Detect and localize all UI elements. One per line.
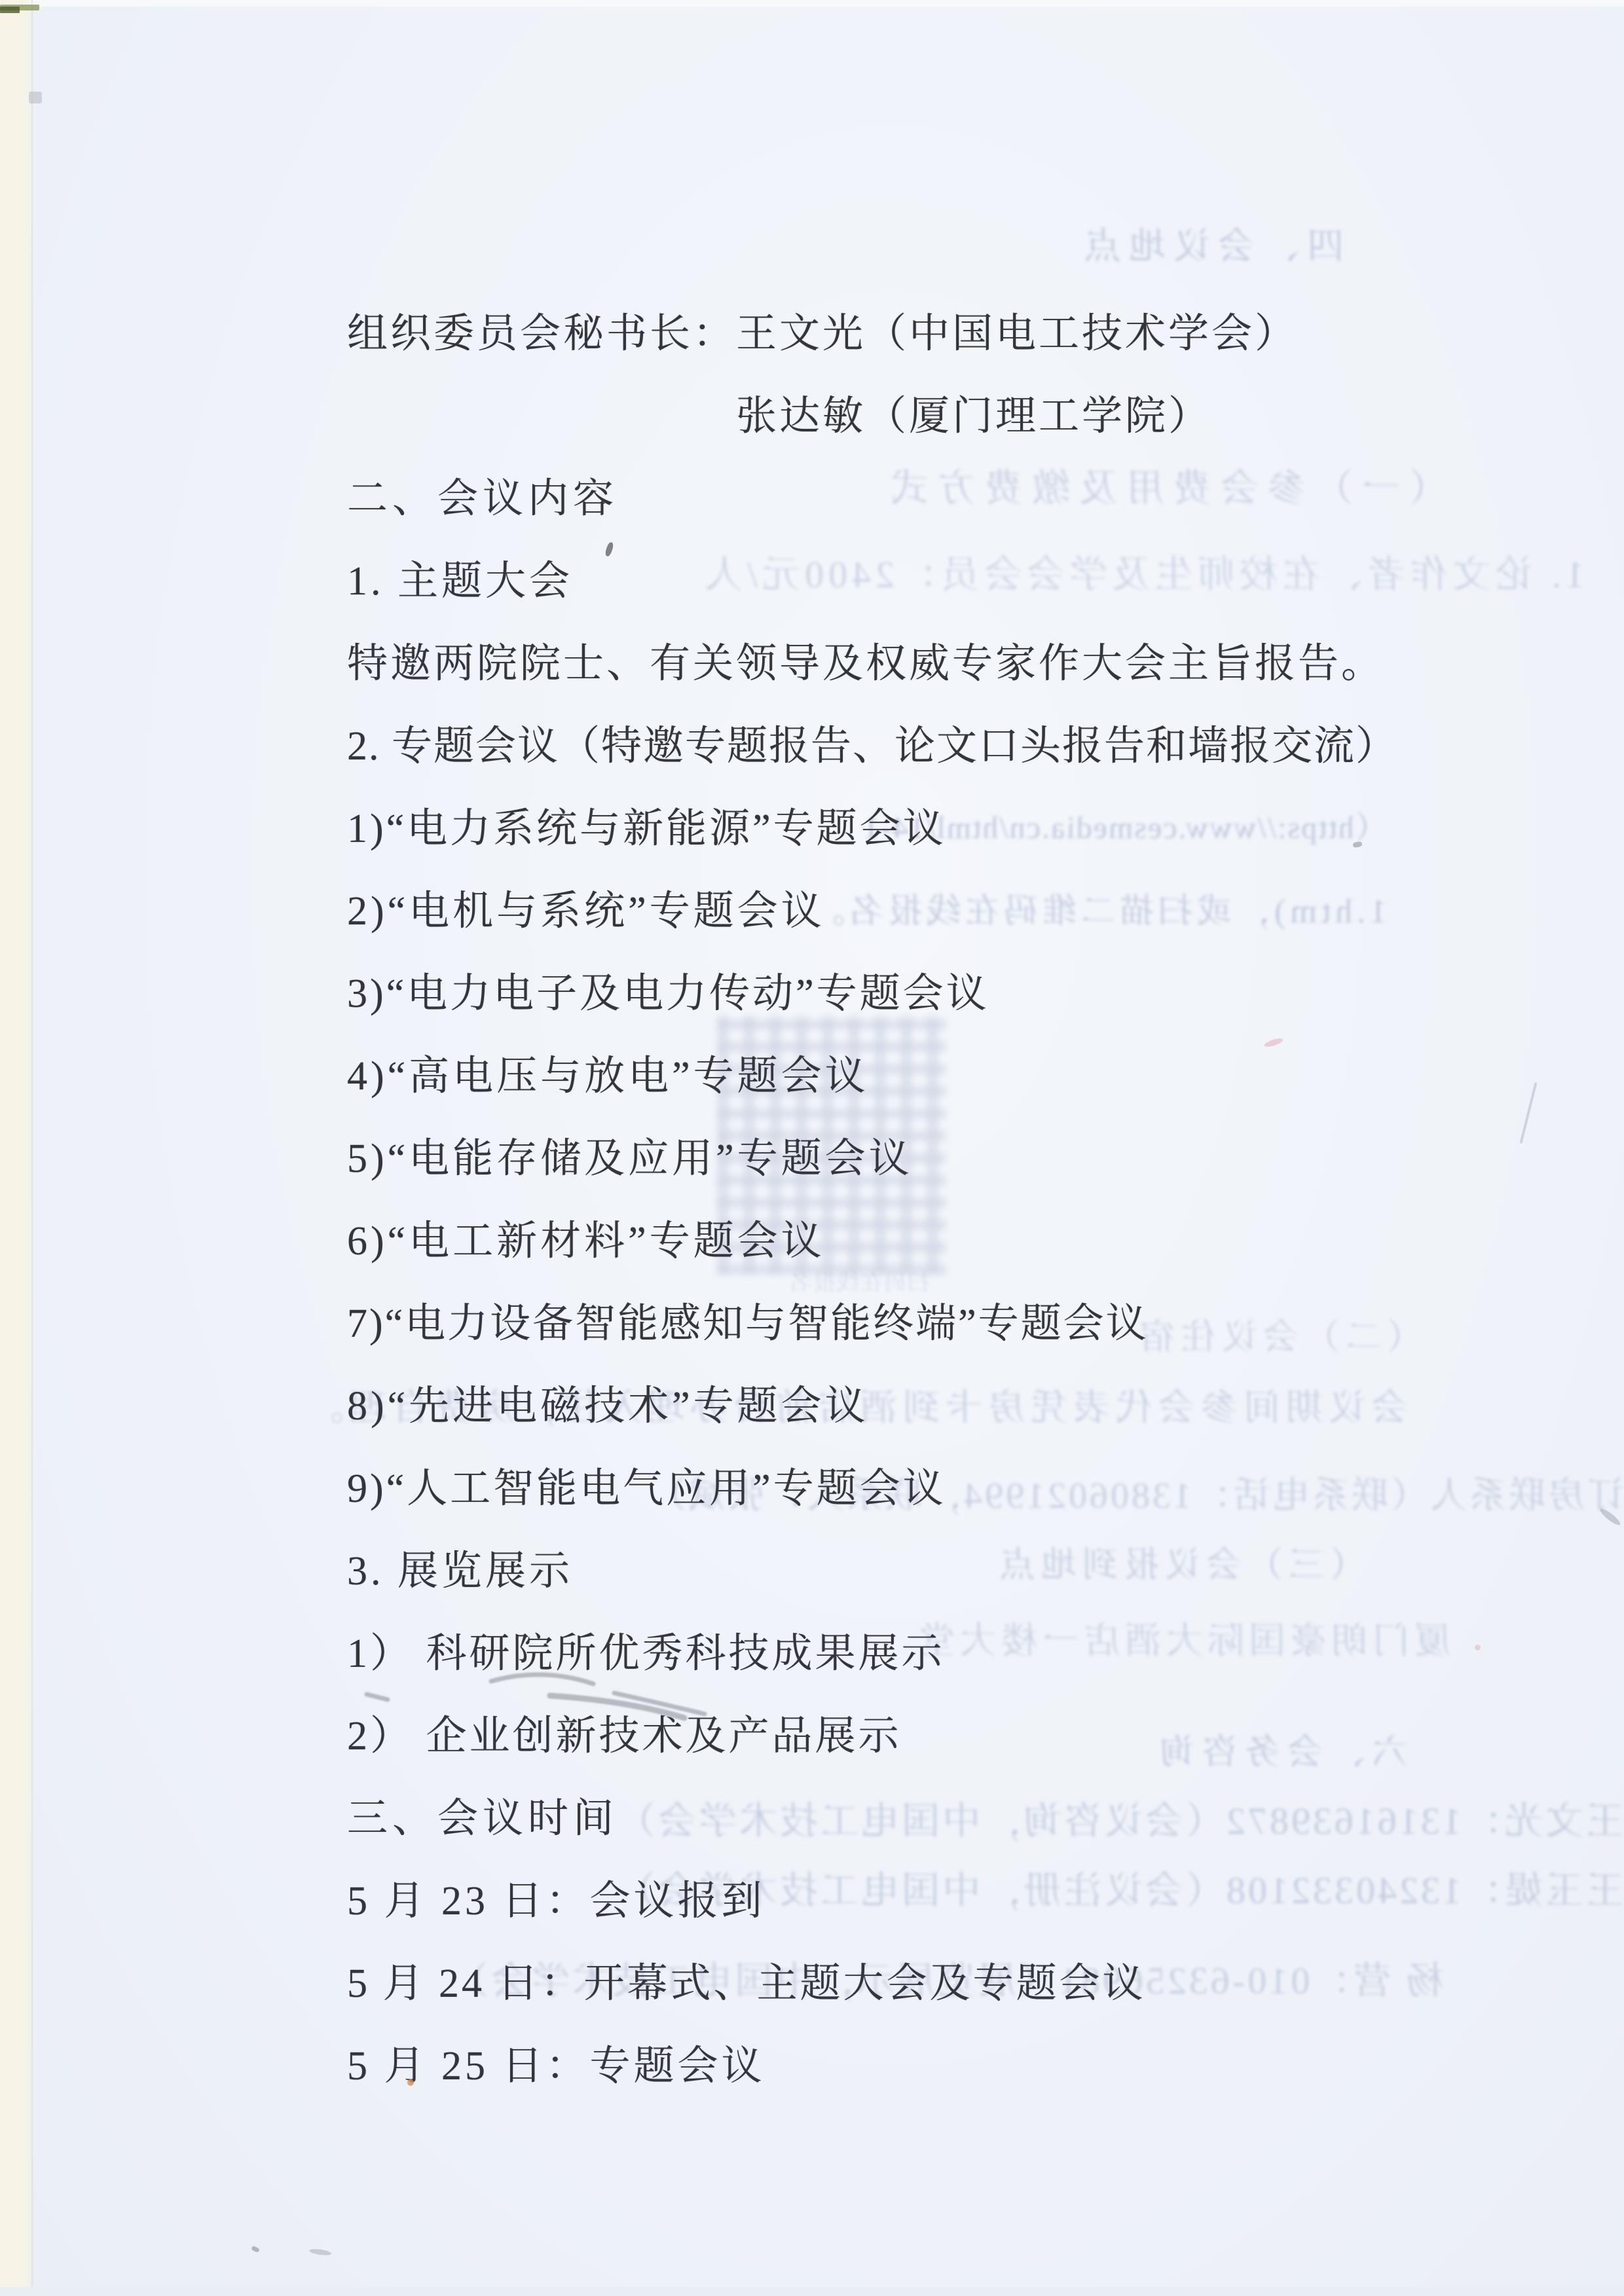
pencil-scribble (354, 1663, 720, 1741)
text-line: 2)“电机与系统”专题会议 (347, 890, 825, 933)
text-line: 5)“电能存储及应用”专题会议 (347, 1138, 913, 1180)
text-line: 5 月 24 日：开幕式、主题大会及专题会议 (347, 1963, 1146, 2005)
text-line: 9)“人工智能电气应用”专题会议 (347, 1468, 946, 1510)
page-top-edge (0, 0, 1624, 7)
scan-speck (1352, 841, 1362, 848)
text-line: 5 月 23 日：会议报到 (347, 1880, 766, 1923)
text-line: 7)“电力设备智能感知与智能终端”专题会议 (347, 1303, 1149, 1345)
text-line: 3)“电力电子及电力传动”专题会议 (347, 973, 989, 1015)
bleed-line: 厦门朗豪国际大酒店一楼大堂 (914, 1622, 1450, 1661)
scan-edge-seam (31, 0, 33, 2296)
scan-speck (251, 2246, 260, 2253)
qr-caption: 扫码在线报名 (788, 1271, 930, 1295)
bleed-line: 六、会务咨询 (1153, 1734, 1408, 1771)
scan-speck (309, 2248, 332, 2257)
scan-speck (29, 92, 42, 103)
bleed-line: 王文光：13161639872（会议咨询，中国电工技术学会） (615, 1802, 1624, 1842)
text-line: 三、会议时间 (347, 1798, 618, 1840)
scan-speck (1263, 1037, 1283, 1049)
scanned-page: 四、会议地点（一）参会费用及缴费方式1. 论文作者、在校师生及学会会员：2400… (0, 0, 1624, 2296)
bleed-line: 1.htm)，或扫描二维码在线报名。 (806, 894, 1387, 930)
text-line: 4)“高电压与放电”专题会议 (347, 1055, 869, 1098)
scan-speck (1475, 1645, 1481, 1650)
scan-speck (604, 541, 614, 557)
scan-speck (0, 7, 20, 13)
text-line: 6)“电工新材料”专题会议 (347, 1220, 825, 1263)
text-line: 张达敏（厦门理工学院） (736, 395, 1211, 438)
text-line: 组织委员会秘书长：王文光（中国电工技术学会） (347, 313, 1298, 355)
page-bottom-edge (0, 2287, 1624, 2296)
text-line: 二、会议内容 (347, 478, 618, 520)
bleed-line: 四、会议地点 (1077, 228, 1344, 266)
scan-speck (1519, 1082, 1537, 1144)
bleed-line: 王玉媞：13240332108（会议注册，中国电工技术学会） (615, 1871, 1624, 1911)
text-line: 8)“先进电磁技术”专题会议 (347, 1385, 869, 1428)
scan-speck (407, 2079, 414, 2086)
bleed-line: （二）会议住宿 (1134, 1319, 1422, 1356)
text-line: 3. 展览展示 (347, 1550, 573, 1593)
text-line: 特邀两院院士、有关领导及权威专家作大会主旨报告。 (347, 643, 1384, 685)
text-line: 1)“电力系统与新能源”专题会议 (347, 808, 946, 850)
bleed-line: （三）会议报到地点 (994, 1546, 1365, 1584)
scan-edge-strip (0, 0, 34, 2296)
bleed-line: 1. 论文作者、在校师生及学会会员：2400元/人 (700, 555, 1585, 595)
bleed-line: （一）参会费用及缴费方式 (881, 469, 1447, 509)
text-line: 2. 专题会议（特邀专题报告、论文口头报告和墙报交流） (347, 725, 1397, 768)
text-line: 1. 主题大会 (347, 560, 573, 603)
